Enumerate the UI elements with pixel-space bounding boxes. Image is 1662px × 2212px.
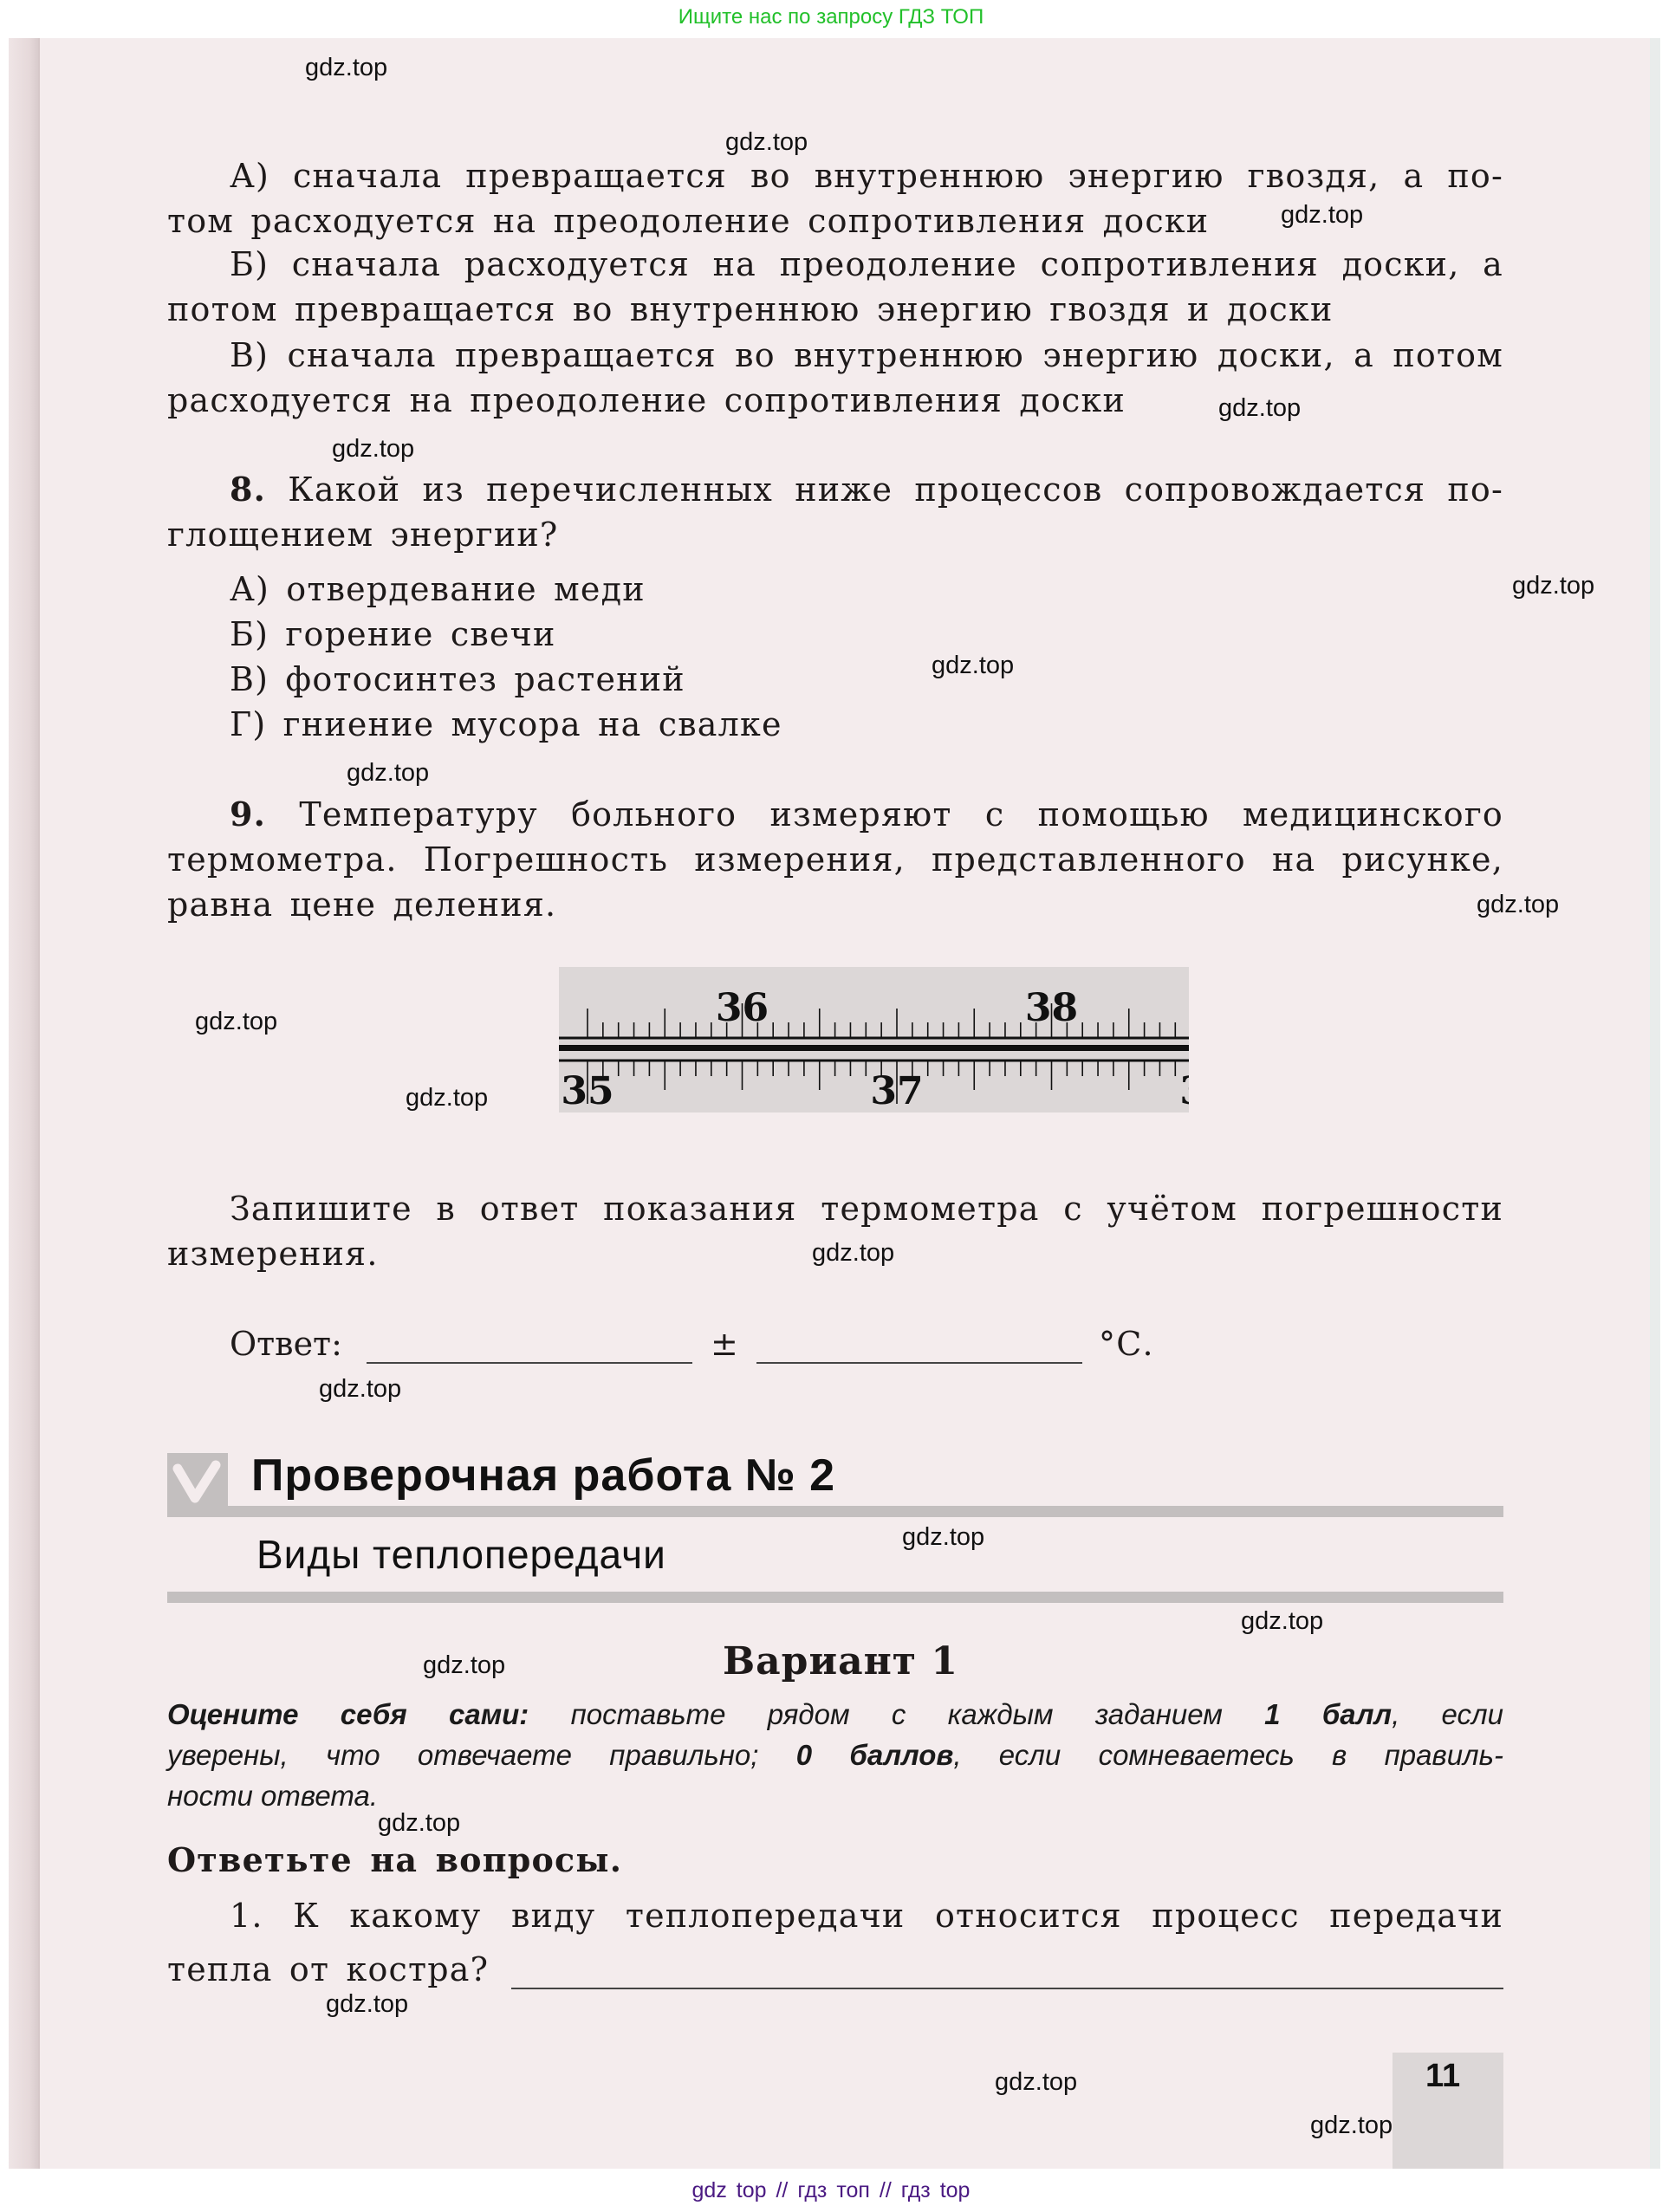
section-title: Проверочная работа № 2	[251, 1445, 835, 1506]
assessment-text1: поставьте рядом с каждым заданием	[529, 1698, 1264, 1730]
q7-option-b-line1: Б) сначала расходуется на преодоление со…	[230, 243, 1503, 286]
q9-text: Температуру больного измеряют с помощью …	[299, 795, 1503, 834]
assessment-bold2: 0 баллов	[796, 1739, 954, 1771]
watermark: gdz.top	[347, 759, 429, 788]
q8-option-b: Б) горение свечи	[230, 613, 1503, 656]
svg-text:39: 39	[1179, 1069, 1189, 1112]
q9-text-line2: термометра. Погрешность измерения, предс…	[167, 838, 1503, 881]
thermometer-figure: 3638404235373941°C	[559, 967, 1189, 1112]
q8-text-line1: 8. Какой из перечисленных ниже процессов…	[230, 468, 1503, 511]
assessment-bold1: 1 балл	[1264, 1698, 1392, 1730]
q7-option-c-line1: В) сначала превращается во внутреннюю эн…	[230, 334, 1503, 377]
q7-option-c-line2: расходуется на преодоление сопротивления…	[167, 379, 1503, 422]
q9-text-line1: 9. Температуру больного измеряют с помощ…	[230, 793, 1503, 836]
s2-q1-answer-field[interactable]	[511, 1988, 1503, 1989]
q8-option-c: В) фотосинтез растений	[230, 658, 1503, 701]
svg-text:36: 36	[716, 986, 769, 1030]
watermark: gdz.top	[319, 1375, 401, 1404]
bottom-banner[interactable]: gdz top // гдз топ // гдз top	[0, 2169, 1662, 2212]
answer-value-field[interactable]	[367, 1362, 692, 1364]
plus-minus-sign: ±	[711, 1322, 745, 1365]
watermark: gdz.top	[725, 128, 808, 157]
watermark: gdz.top	[1241, 1607, 1323, 1636]
watermark: gdz.top	[378, 1809, 460, 1838]
page-edge	[1650, 38, 1660, 2169]
page-spine	[9, 38, 40, 2169]
assessment-text3: уверены, что отвечаете правильно;	[167, 1739, 796, 1771]
heading-underline	[167, 1506, 1503, 1517]
answer-label: Ответ:	[230, 1325, 342, 1363]
instructions: Ответьте на вопросы.	[167, 1839, 1503, 1882]
q9-text-line3: равна цене деления.	[167, 883, 1503, 926]
answer-row: Ответ:	[230, 1322, 342, 1365]
watermark: gdz.top	[305, 54, 387, 82]
watermark: gdz.top	[1512, 572, 1594, 600]
svg-text:35: 35	[561, 1069, 614, 1112]
assessment-line2: уверены, что отвечаете правильно; 0 балл…	[167, 1735, 1503, 1775]
q8-text-line2: глощением энергии?	[167, 513, 1503, 556]
watermark: gdz.top	[932, 652, 1014, 680]
watermark: gdz.top	[902, 1523, 984, 1552]
variant-title: Вариант 1	[0, 1636, 1662, 1688]
thermometer-scale: 3638404235373941°C	[559, 967, 1189, 1112]
watermark: gdz.top	[995, 2068, 1077, 2097]
watermark: gdz.top	[326, 1990, 408, 2019]
assessment-text4: , если сомневаетесь в правиль-	[953, 1739, 1503, 1771]
assessment-line1: Оцените себя сами: поставьте рядом с каж…	[167, 1694, 1503, 1735]
q9-instruction-line1: Запишите в ответ показания термометра с …	[230, 1187, 1503, 1230]
s2-q1-line1: 1. К какому виду теплопередачи относится…	[230, 1894, 1503, 1937]
answer-unit: °С.	[1099, 1322, 1185, 1365]
watermark: gdz.top	[332, 435, 414, 464]
watermark: gdz.top	[406, 1084, 488, 1112]
top-banner[interactable]: Ищите нас по запросу ГДЗ ТОП	[0, 0, 1662, 38]
subtitle-underline	[167, 1592, 1503, 1603]
q8-number: 8.	[230, 470, 266, 509]
watermark: gdz.top	[1477, 891, 1559, 919]
q7-option-b-line2: потом превращается во внутреннюю энергию…	[167, 288, 1503, 331]
q8-text: Какой из перечисленных ниже процессов со…	[288, 470, 1503, 509]
watermark: gdz.top	[1281, 201, 1363, 230]
assessment-lead: Оцените себя сами:	[167, 1698, 529, 1730]
svg-text:38: 38	[1025, 986, 1078, 1030]
answer-error-field[interactable]	[756, 1362, 1082, 1364]
watermark: gdz.top	[1218, 394, 1301, 423]
watermark: gdz.top	[1310, 2111, 1393, 2140]
watermark: gdz.top	[423, 1651, 505, 1680]
assessment-line3: ности ответа.	[167, 1775, 1503, 1816]
s2-q1-line2: тепла от костра?	[167, 1948, 514, 1991]
q7-option-a-line1: А) сначала превращается во внутреннюю эн…	[230, 154, 1503, 198]
section-subtitle: Виды теплопередачи	[256, 1528, 666, 1580]
assessment-text2: , если	[1392, 1698, 1503, 1730]
watermark: gdz.top	[195, 1008, 277, 1036]
page-number: 11	[1425, 2058, 1460, 2095]
svg-text:37: 37	[870, 1069, 923, 1112]
q8-option-a: А) отвердевание меди	[230, 568, 1503, 611]
q9-number: 9.	[230, 795, 266, 834]
q8-option-d: Г) гниение мусора на свалке	[230, 703, 1503, 746]
watermark: gdz.top	[812, 1239, 894, 1268]
